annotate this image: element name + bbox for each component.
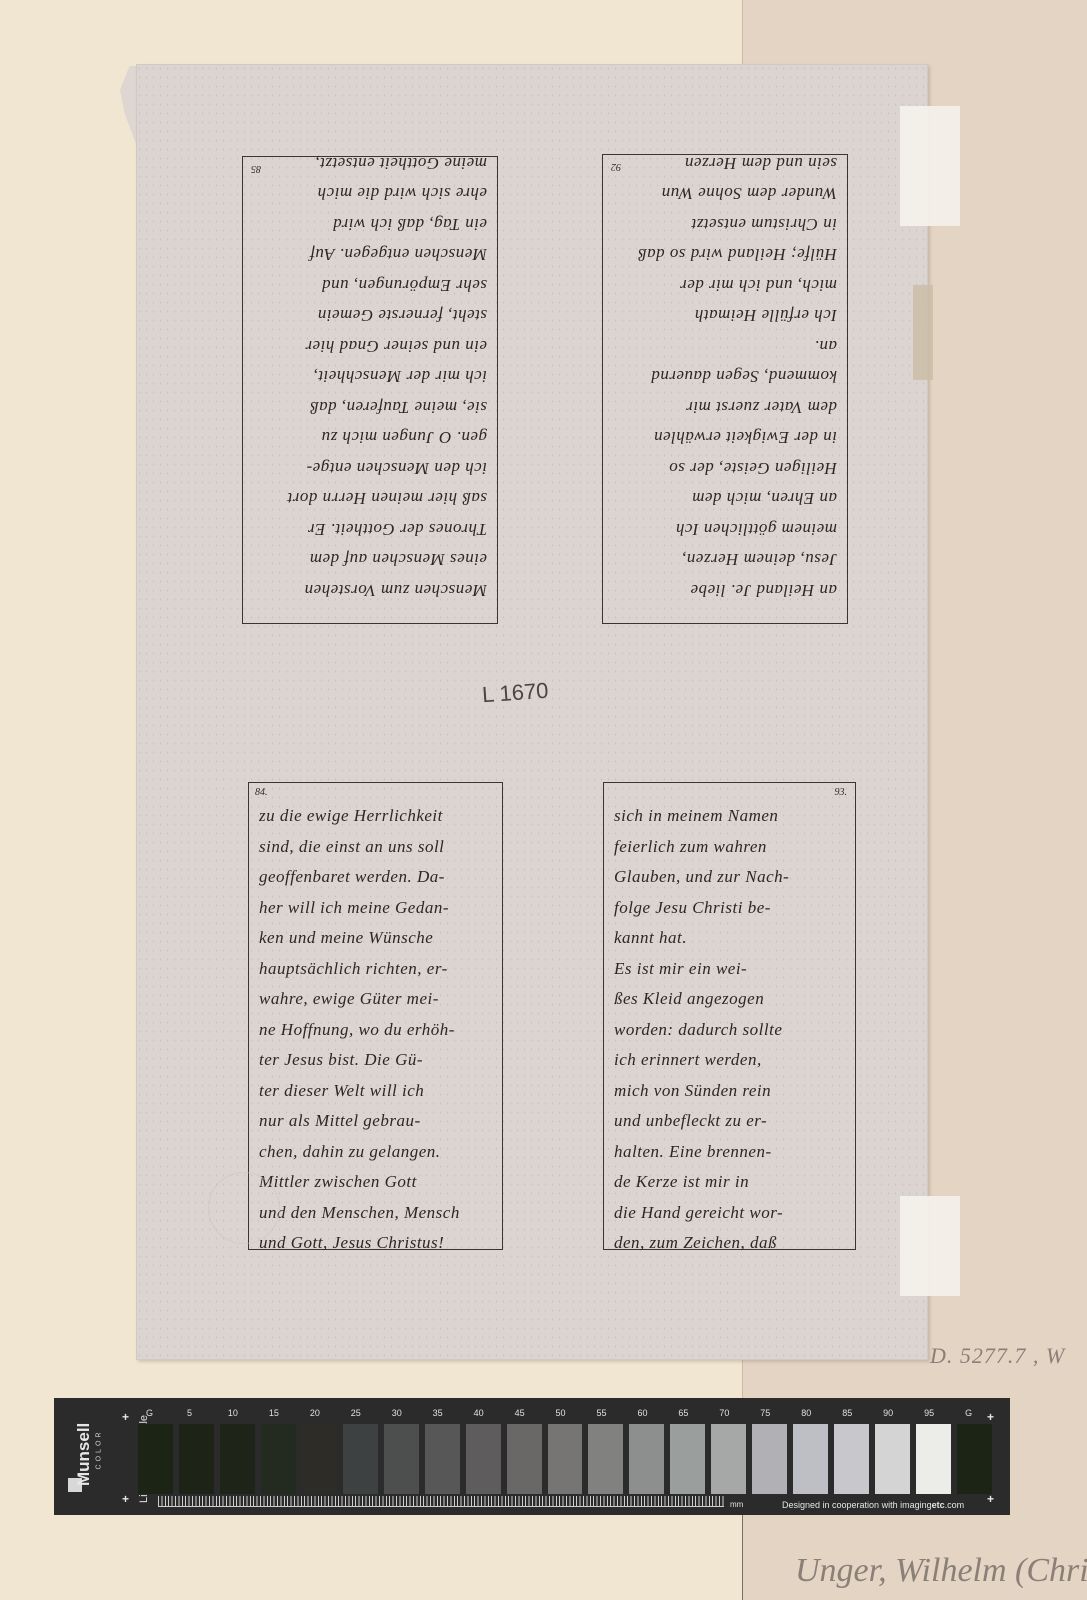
gray-swatch: 45 — [507, 1408, 542, 1494]
swatch-chip — [384, 1424, 419, 1494]
text-line: steht, fernerste Gemein — [253, 300, 487, 331]
text-line: zu die ewige Herrlichkeit — [259, 801, 492, 832]
text-line: her will ich meine Gedan- — [259, 893, 492, 924]
swatch-chip — [261, 1424, 296, 1494]
text-line: und Gott, Jesus Christus! — [259, 1228, 492, 1259]
page-number: 84. — [255, 787, 268, 798]
text-line: und den Menschen, Mensch — [259, 1198, 492, 1229]
text-line: Es ist mir ein wei- — [614, 954, 845, 985]
catalogue-reference: D. 5277.7 , W — [930, 1343, 1065, 1369]
registration-plus-icon: + — [987, 1492, 994, 1506]
text-line: sich in meinem Namen — [614, 801, 845, 832]
swatch-label: 10 — [228, 1408, 238, 1418]
swatch-label: 15 — [269, 1408, 279, 1418]
text-line: Mittler zwischen Gott — [259, 1167, 492, 1198]
text-line: ne Hoffnung, wo du erhöh- — [259, 1015, 492, 1046]
swatch-chip — [834, 1424, 869, 1494]
swatch-label: 25 — [351, 1408, 361, 1418]
text-line: de Kerze ist mir in — [614, 1167, 845, 1198]
munsell-gray-scale: Munsell COLOR Linear Gray Scale + + + + … — [54, 1398, 1010, 1515]
swatch-label: 85 — [842, 1408, 852, 1418]
adhesive-stain — [913, 285, 933, 380]
mm-ruler — [158, 1496, 724, 1507]
gray-swatch: 60 — [629, 1408, 664, 1494]
gray-swatch: 85 — [834, 1408, 869, 1494]
swatch-chip — [507, 1424, 542, 1494]
text-line: Ich erfülle Heimath — [613, 300, 837, 331]
swatch-label: 50 — [556, 1408, 566, 1418]
mounting-tape-top — [900, 106, 960, 226]
text-line: Wunder dem Sohne Wun — [613, 178, 837, 209]
page-number: 93. — [835, 787, 848, 798]
text-line: ehre sich wird die mich — [253, 178, 487, 209]
gray-swatch: 90 — [875, 1408, 910, 1494]
text-line: sehr Empörungen, und — [253, 270, 487, 301]
text-line: ter Jesus bist. Die Gü- — [259, 1045, 492, 1076]
text-line: die Hand gereicht wor- — [614, 1198, 845, 1229]
text-line: eines Menschen auf dem — [253, 544, 487, 575]
page-93: 93. sich in meinem Namen feierlich zum w… — [603, 782, 856, 1250]
brand-sub: COLOR — [96, 1425, 103, 1475]
mounting-tape-bottom — [900, 1196, 960, 1296]
text-line: ter dieser Welt will ich — [259, 1076, 492, 1107]
gray-swatch: 5 — [179, 1408, 214, 1494]
text-line: in Christum entsetzt — [613, 209, 837, 240]
text-line: dem Vater zuerst mir — [613, 392, 837, 423]
page-85: 85 Menschen zum Vorstehen eines Menschen… — [242, 156, 498, 624]
swatch-label: 95 — [924, 1408, 934, 1418]
swatch-label: 55 — [596, 1408, 606, 1418]
credit-text: Designed in cooperation with imagingetc.… — [782, 1500, 964, 1510]
credit-suffix: .com — [945, 1500, 965, 1510]
swatch-chip — [752, 1424, 787, 1494]
text-line: folge Jesu Christi be- — [614, 893, 845, 924]
gray-swatch: 30 — [384, 1408, 419, 1494]
gray-swatch: 15 — [261, 1408, 296, 1494]
text-line: meine Gottheit entsetzt, — [253, 148, 487, 179]
text-line: wahre, ewige Güter mei- — [259, 984, 492, 1015]
swatch-label: 5 — [187, 1408, 192, 1418]
credit-bold: etc — [932, 1500, 945, 1510]
page-text: sich in meinem Namen feierlich zum wahre… — [614, 801, 845, 1259]
gray-swatch: 65 — [670, 1408, 705, 1494]
swatch-label: 75 — [760, 1408, 770, 1418]
page-84: 84. zu die ewige Herrlichkeit sind, die … — [248, 782, 503, 1250]
faint-library-stamp — [208, 1172, 280, 1244]
swatch-chip — [670, 1424, 705, 1494]
swatch-label: G — [146, 1408, 153, 1418]
swatch-chip — [138, 1424, 173, 1494]
swatch-chip — [466, 1424, 501, 1494]
text-line: und unbefleckt zu er- — [614, 1106, 845, 1137]
swatch-label: G — [965, 1408, 972, 1418]
swatch-label: 65 — [678, 1408, 688, 1418]
text-line: ein und seiner Gnad hier — [253, 331, 487, 362]
text-line: ich den Menschen entge- — [253, 453, 487, 484]
text-line: ich erinnert werden, — [614, 1045, 845, 1076]
swatch-chip — [875, 1424, 910, 1494]
text-line: Jesu, deinem Herzen, — [613, 544, 837, 575]
swatch-chip — [711, 1424, 746, 1494]
gray-swatch: 25 — [343, 1408, 378, 1494]
page-text: Menschen zum Vorstehen eines Menschen au… — [253, 148, 487, 606]
text-line: an. — [613, 331, 837, 362]
text-line: den, zum Zeichen, daß — [614, 1228, 845, 1259]
swatch-label: 30 — [392, 1408, 402, 1418]
swatch-chip — [302, 1424, 337, 1494]
swatch-label: 90 — [883, 1408, 893, 1418]
text-line: Glauben, und zur Nach- — [614, 862, 845, 893]
swatch-chip — [343, 1424, 378, 1494]
registration-plus-icon: + — [122, 1410, 129, 1424]
gray-swatch: 40 — [466, 1408, 501, 1494]
text-line: Heiligen Geiste, der so — [613, 453, 837, 484]
text-line: mich, und ich mir der — [613, 270, 837, 301]
swatch-label: 20 — [310, 1408, 320, 1418]
credit-prefix: Designed in cooperation with imaging — [782, 1500, 932, 1510]
text-line: saß hier meinen Herrn dort — [253, 483, 487, 514]
swatch-chip — [957, 1424, 992, 1494]
swatch-chip — [548, 1424, 583, 1494]
text-line: ken und meine Wünsche — [259, 923, 492, 954]
text-line: feierlich zum wahren — [614, 832, 845, 863]
text-line: ich mir der Menschheit, — [253, 361, 487, 392]
gray-swatch: G — [957, 1408, 992, 1494]
text-line: chen, dahin zu gelangen. — [259, 1137, 492, 1168]
mount-signature: Unger, Wilhelm (Christ — [795, 1552, 1087, 1590]
swatch-label: 70 — [719, 1408, 729, 1418]
munsell-brand: Munsell COLOR Linear Gray Scale — [60, 1408, 120, 1508]
gray-swatch: G — [138, 1408, 173, 1494]
text-line: worden: dadurch sollte — [614, 1015, 845, 1046]
gray-swatch: 10 — [220, 1408, 255, 1494]
text-line: an Heiland Je. liebe — [613, 575, 837, 606]
text-line: meinem göttlichen Ich — [613, 514, 837, 545]
swatch-chip — [588, 1424, 623, 1494]
page-text: zu die ewige Herrlichkeit sind, die eins… — [259, 801, 492, 1259]
swatch-chip — [425, 1424, 460, 1494]
text-line: Hülfe; Heiland wird so daß — [613, 239, 837, 270]
text-line: sein und dem Herzen — [613, 148, 837, 179]
swatch-label: 80 — [801, 1408, 811, 1418]
text-line: an Ehren, mich dem — [613, 483, 837, 514]
swatch-chip — [629, 1424, 664, 1494]
text-line: halten. Eine brennen- — [614, 1137, 845, 1168]
accession-number: L 1670 — [481, 678, 549, 709]
text-line: geoffenbaret werden. Da- — [259, 862, 492, 893]
text-line: ein Tag, daß ich wird — [253, 209, 487, 240]
swatch-chip — [916, 1424, 951, 1494]
gray-swatch: 70 — [711, 1408, 746, 1494]
gray-swatch: 95 — [916, 1408, 951, 1494]
text-line: Menschen entgegen. Auf — [253, 239, 487, 270]
text-line: sind, die einst an uns soll — [259, 832, 492, 863]
swatch-label: 35 — [433, 1408, 443, 1418]
text-line: hauptsächlich richten, er- — [259, 954, 492, 985]
text-line: Thrones der Gottheit. Er — [253, 514, 487, 545]
gray-swatch: 50 — [548, 1408, 583, 1494]
ruler-unit: mm — [730, 1500, 743, 1509]
brand-name: Munsell — [74, 1426, 94, 1486]
gray-swatch: 35 — [425, 1408, 460, 1494]
gray-swatch: 75 — [752, 1408, 787, 1494]
swatch-label: 60 — [637, 1408, 647, 1418]
swatch-chip — [793, 1424, 828, 1494]
text-line: kommend, Segen dauernd — [613, 361, 837, 392]
swatch-chip — [179, 1424, 214, 1494]
gray-swatches: G5101520253035404550556065707580859095G — [138, 1408, 992, 1494]
swatch-chip — [220, 1424, 255, 1494]
text-line: gen. O Jungen mich zu — [253, 422, 487, 453]
text-line: in der Ewigkeit erwählen — [613, 422, 837, 453]
gray-swatch: 80 — [793, 1408, 828, 1494]
gray-swatch: 20 — [302, 1408, 337, 1494]
text-line: kannt hat. — [614, 923, 845, 954]
swatch-label: 45 — [515, 1408, 525, 1418]
page-92: 92 an Heiland Je. liebe Jesu, deinem Her… — [602, 154, 848, 624]
text-line: nur als Mittel gebrau- — [259, 1106, 492, 1137]
text-line: sie, meine Tauferen, daß — [253, 392, 487, 423]
swatch-label: 40 — [474, 1408, 484, 1418]
page-text: an Heiland Je. liebe Jesu, deinem Herzen… — [613, 148, 837, 606]
text-line: mich von Sünden rein — [614, 1076, 845, 1107]
registration-plus-icon: + — [122, 1492, 129, 1506]
text-line: Menschen zum Vorstehen — [253, 575, 487, 606]
text-line: ßes Kleid angezogen — [614, 984, 845, 1015]
gray-swatch: 55 — [588, 1408, 623, 1494]
